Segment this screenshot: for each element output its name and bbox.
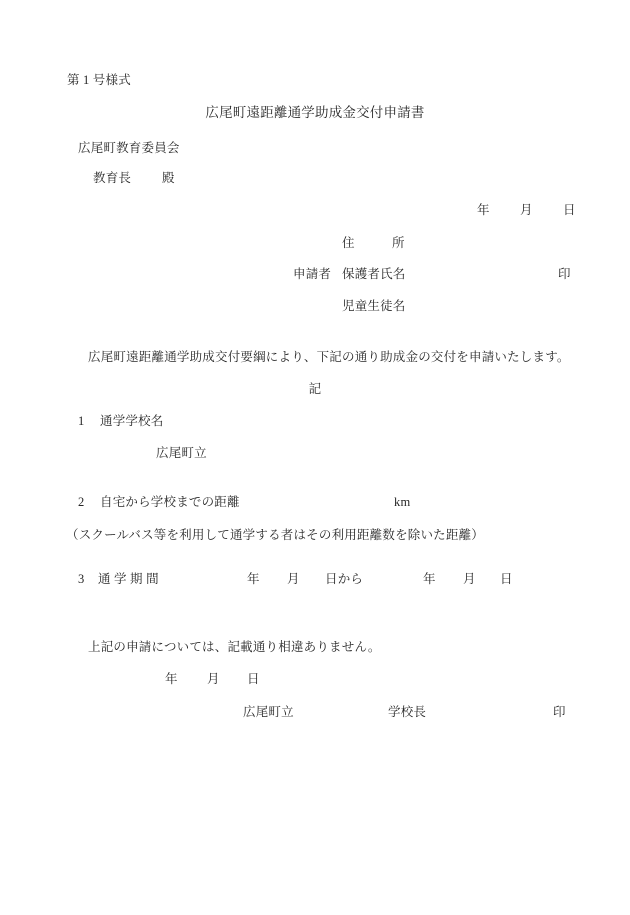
- recipient-position: 教育長: [93, 171, 131, 186]
- applicant-label: 申請者: [293, 267, 331, 282]
- item3-number: 3: [78, 572, 84, 587]
- principal-seal-label: 印: [553, 705, 566, 720]
- item3-label: 通 学 期 間: [98, 572, 159, 587]
- recipient-organization: 広尾町教育委員会: [78, 141, 180, 156]
- certification-date-year-label: 年: [165, 672, 178, 687]
- certification-date-month-label: 月: [207, 672, 220, 687]
- date-month-label: 月: [520, 203, 533, 218]
- recipient-honorific: 殿: [162, 171, 175, 186]
- item3-month-to-label: 月: [463, 572, 476, 587]
- address-label-left: 住: [342, 236, 355, 251]
- item3-day-from-label: 日から: [325, 572, 363, 587]
- item1-label: 通学学校名: [100, 414, 164, 429]
- item3-day-to-label: 日: [500, 572, 513, 587]
- date-year-label: 年: [477, 203, 490, 218]
- footer-school-prefix: 広尾町立: [243, 705, 294, 720]
- item2-note: （スクールバス等を利用して通学する者はその利用距離数を除いた距離）: [66, 528, 484, 543]
- date-day-label: 日: [563, 203, 576, 218]
- item1-school-prefix: 広尾町立: [156, 446, 207, 461]
- guardian-name-label: 保護者氏名: [342, 267, 406, 282]
- application-form-page: 第 1 号様式 広尾町遠距離通学助成金交付申請書 広尾町教育委員会 教育長 殿 …: [0, 0, 630, 915]
- certification-date-day-label: 日: [247, 672, 260, 687]
- item1-number: 1: [78, 414, 84, 429]
- certification-statement: 上記の申請については、記載通り相違ありません。: [88, 640, 381, 655]
- student-name-label: 児童生徒名: [342, 299, 406, 314]
- guardian-seal-label: 印: [558, 267, 571, 282]
- item2-number: 2: [78, 495, 84, 510]
- form-number-label: 第 1 号様式: [67, 73, 131, 88]
- item3-year-to-label: 年: [423, 572, 436, 587]
- item2-unit-label: km: [394, 495, 410, 510]
- item3-month-from-label: 月: [287, 572, 300, 587]
- intro-sentence: 広尾町遠距離通学助成交付要綱により、下記の通り助成金の交付を申請いたします。: [88, 350, 570, 365]
- address-label-right: 所: [392, 236, 405, 251]
- item2-label: 自宅から学校までの距離: [100, 495, 240, 510]
- item3-year-from-label: 年: [247, 572, 260, 587]
- document-title: 広尾町遠距離通学助成金交付申請書: [0, 105, 630, 120]
- record-marker: 記: [0, 382, 630, 397]
- principal-label: 学校長: [388, 705, 426, 720]
